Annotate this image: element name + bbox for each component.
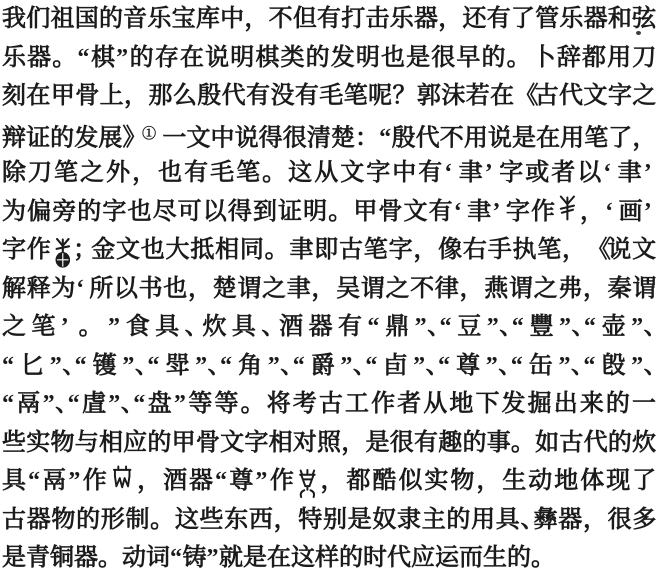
punctuation: “ bbox=[147, 347, 159, 386]
text-line: 辩证的发展》①一文中说得很清楚：“殷代不用说是在用笔了， bbox=[0, 116, 658, 155]
punctuation: ” bbox=[340, 347, 352, 386]
punctuation: ‘ bbox=[454, 193, 466, 232]
punctuation: 、 bbox=[644, 308, 656, 347]
text-line: 具“鬲”作，酒器“尊”作，都酷似实物，生动地体现了 bbox=[0, 462, 658, 501]
punctuation: 、 bbox=[571, 347, 583, 386]
oracle-glyph-zun-icon bbox=[296, 469, 319, 500]
text-line: 我们祖国的音乐宝库中，不但有打击乐器，还有了管乐器和弦 bbox=[0, 0, 658, 39]
punctuation: ” bbox=[631, 347, 643, 386]
punctuation: ” bbox=[68, 462, 80, 501]
punctuation: ” bbox=[108, 385, 120, 424]
text-line: 刻在甲骨上，那么殷代有没有毛笔呢？郭沫若在《古代文字之 bbox=[0, 77, 658, 116]
punctuation: ‘ bbox=[444, 154, 456, 193]
punctuation: ‘ bbox=[603, 154, 615, 193]
punctuation: ” bbox=[108, 308, 120, 347]
punctuation: “ bbox=[438, 347, 450, 386]
punctuation: “ bbox=[293, 347, 305, 386]
punctuation: ” bbox=[486, 347, 498, 386]
punctuation: 、 bbox=[55, 385, 67, 424]
punctuation: ‘ bbox=[605, 193, 617, 232]
ink-speck bbox=[636, 31, 641, 35]
punctuation: ’ bbox=[644, 193, 656, 232]
punctuation: ” bbox=[174, 385, 186, 424]
punctuation: “ bbox=[77, 39, 89, 78]
punctuation: 、 bbox=[208, 347, 220, 386]
text-line: 之笔’。”食具、炊具、酒器有“鼎”、“豆”、“豐”、“壶”、 bbox=[0, 308, 658, 347]
punctuation: 、 bbox=[353, 347, 365, 386]
punctuation: 、 bbox=[121, 385, 133, 424]
text-block: 我们祖国的音乐宝库中，不但有打击乐器，还有了管乐器和弦乐器。“棋”的存在说明棋类… bbox=[0, 0, 658, 578]
punctuation: 《 bbox=[587, 231, 607, 270]
oracle-glyph-li-icon bbox=[109, 465, 135, 490]
text-line: 古器物的形制。这些东西，特别是奴隶主的用具、彝器，很多 bbox=[0, 501, 658, 540]
punctuation: “ bbox=[367, 308, 379, 347]
punctuation: ‘ bbox=[76, 270, 88, 309]
oracle-glyph-yu-icon bbox=[556, 195, 579, 221]
text-line: 字作；金文也大抵相同。聿即古笔字，像右手执笔，《说文》 bbox=[0, 231, 658, 270]
punctuation: ’ bbox=[485, 154, 497, 193]
punctuation: 、 bbox=[185, 308, 197, 347]
punctuation: ” bbox=[43, 385, 55, 424]
punctuation: ’ bbox=[61, 308, 73, 347]
punctuation: ” bbox=[206, 539, 218, 578]
punctuation: “ bbox=[75, 347, 87, 386]
punctuation: “ bbox=[68, 385, 80, 424]
punctuation: “ bbox=[511, 347, 523, 386]
punctuation: ” bbox=[487, 308, 499, 347]
page: 我们祖国的音乐宝库中，不但有打击乐器，还有了管乐器和弦乐器。“棋”的存在说明棋类… bbox=[0, 0, 658, 578]
punctuation: ” bbox=[50, 347, 62, 386]
punctuation: 《 bbox=[515, 77, 535, 116]
punctuation: 、 bbox=[427, 308, 439, 347]
punctuation: ” bbox=[559, 308, 571, 347]
text-line: “鬲”、“虘”、“盘”等等。将考古工作者从地下发掘出来的一 bbox=[0, 385, 658, 424]
punctuation: “ bbox=[365, 347, 377, 386]
text-line: 除刀笔之外，也有毛笔。这从文字中有‘聿’字或者以‘聿’ bbox=[0, 154, 658, 193]
punctuation: ” bbox=[415, 308, 427, 347]
text-line: 为偏旁的字也尽可以得到证明。甲骨文有‘聿’字作，‘画’ bbox=[0, 193, 658, 232]
punctuation: “ bbox=[512, 308, 524, 347]
text-line: 些实物与相应的甲骨文字相对照，是很有趣的事。如古代的炊 bbox=[0, 424, 658, 463]
punctuation: “ bbox=[170, 539, 182, 578]
punctuation: ” bbox=[255, 462, 267, 501]
punctuation: “ bbox=[2, 385, 14, 424]
punctuation: “ bbox=[215, 462, 227, 501]
punctuation: ’ bbox=[644, 154, 656, 193]
text-line: 乐器。“棋”的存在说明棋类的发明也是很早的。卜辞都用刀 bbox=[0, 39, 658, 78]
punctuation: 、 bbox=[135, 347, 147, 386]
punctuation: “ bbox=[440, 308, 452, 347]
punctuation: “ bbox=[28, 462, 40, 501]
punctuation: 、 bbox=[261, 308, 273, 347]
punctuation: ” bbox=[413, 347, 425, 386]
punctuation: ” bbox=[631, 308, 643, 347]
footnote-ref: ① bbox=[142, 127, 156, 142]
oracle-glyph-hua-icon bbox=[52, 238, 74, 269]
punctuation: 》 bbox=[122, 119, 142, 154]
punctuation: 、 bbox=[426, 347, 438, 386]
punctuation: ” bbox=[195, 347, 207, 386]
punctuation: ； bbox=[73, 231, 90, 270]
punctuation: ” bbox=[116, 39, 128, 78]
punctuation: 、 bbox=[280, 347, 292, 386]
punctuation: ’ bbox=[492, 193, 504, 232]
punctuation: ” bbox=[558, 347, 570, 386]
punctuation: “ bbox=[2, 347, 14, 386]
text-line: “匕”、“镬”、“斝”、“角”、“爵”、“卣”、“尊”、“缶”、“𣪘”、 bbox=[0, 347, 658, 386]
punctuation: 、 bbox=[571, 308, 583, 347]
punctuation: ” bbox=[268, 347, 280, 386]
punctuation: 、 bbox=[62, 347, 74, 386]
punctuation: “ bbox=[379, 119, 391, 154]
text-line: 解释为‘所以书也，楚谓之聿，吴谓之不律，燕谓之弗，秦谓 bbox=[0, 270, 658, 309]
punctuation: 、 bbox=[644, 347, 656, 386]
punctuation: “ bbox=[133, 385, 145, 424]
punctuation: “ bbox=[220, 347, 232, 386]
punctuation: 、 bbox=[520, 501, 532, 540]
punctuation: “ bbox=[583, 347, 595, 386]
text-line: 是青铜器。动词“铸”就是在这样的时代应运而生的。 bbox=[0, 539, 658, 578]
punctuation: ” bbox=[122, 347, 134, 386]
punctuation: 、 bbox=[499, 308, 511, 347]
punctuation: 、 bbox=[498, 347, 510, 386]
punctuation: “ bbox=[584, 308, 596, 347]
